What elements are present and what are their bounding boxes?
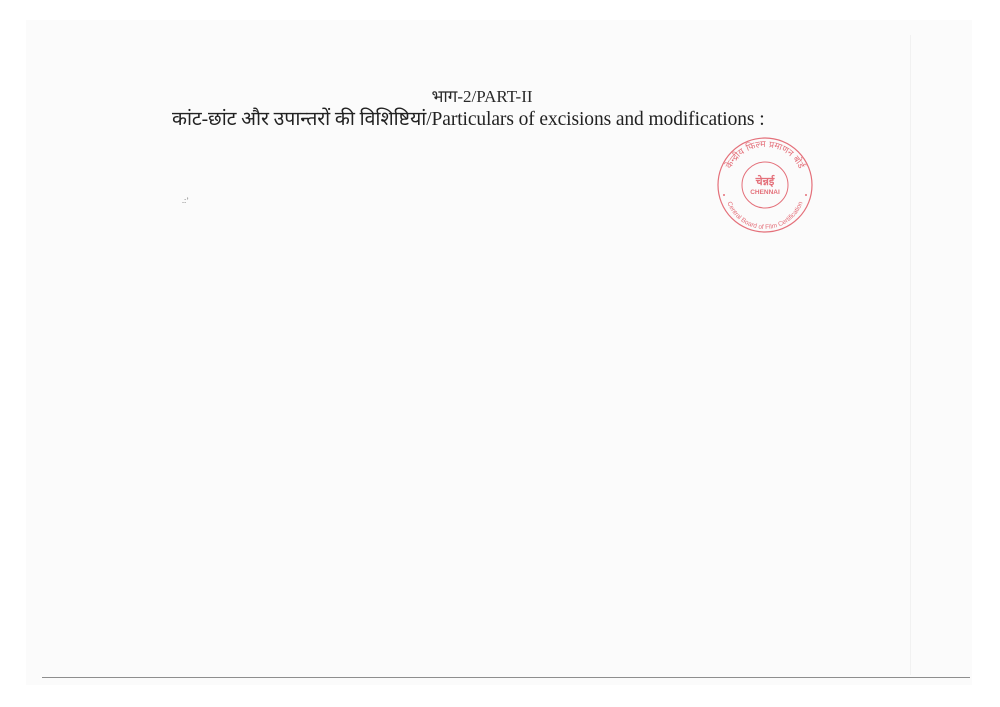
- stamp-top-text: केन्द्रीय फिल्म प्रमाणन बोर्ड: [723, 139, 808, 171]
- bottom-rule: [42, 677, 970, 678]
- scan-speck: .:’: [182, 196, 189, 205]
- cbfc-stamp: केन्द्रीय फिल्म प्रमाणन बोर्ड Central Bo…: [713, 133, 817, 233]
- page-edge-line: [910, 35, 911, 675]
- stamp-bottom-text: Central Board of Film Certification: [725, 200, 804, 231]
- stamp-center-hindi: चेन्नई: [755, 174, 776, 188]
- stamp-center-english: CHENNAI: [750, 189, 780, 196]
- section-heading: कांट-छांट और उपान्तरों की विशिष्टियां/Pa…: [172, 104, 765, 131]
